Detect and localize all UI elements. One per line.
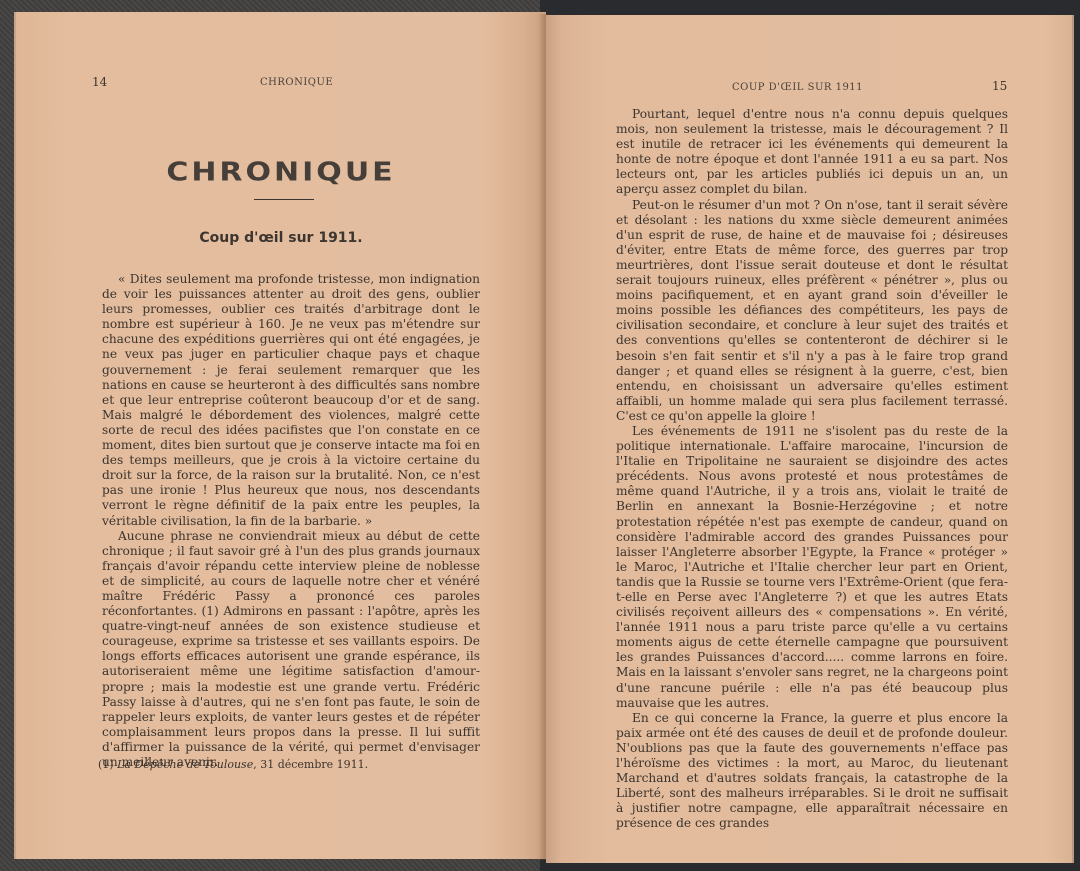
footnote-date: , 31 décembre 1911. (253, 758, 368, 771)
running-head-right: COUP D'ŒIL SUR 1911 (732, 82, 863, 93)
paragraph: Les événements de 1911 ne s'isolent pas … (616, 424, 1008, 711)
page-number-right: 15 (992, 79, 1007, 93)
title-divider (254, 199, 314, 200)
paragraph: Peut-on le résumer d'un mot ? On n'ose, … (616, 198, 1008, 424)
left-body-text: « Dites seulement ma profonde tristesse,… (102, 272, 480, 770)
page-number-left: 14 (92, 75, 107, 89)
running-head-left: CHRONIQUE (260, 77, 333, 88)
section-title: CHRONIQUE (16, 158, 546, 188)
footnote-source: La Dépêche de Toulouse (117, 758, 253, 771)
footnote-marker: (1) (98, 758, 114, 771)
right-body-text: Pourtant, lequel d'entre nous n'a connu … (616, 107, 1008, 832)
right-page: COUP D'ŒIL SUR 1911 15 Pourtant, lequel … (546, 15, 1074, 863)
paragraph: Aucune phrase ne conviendrait mieux au d… (102, 529, 480, 771)
paragraph: « Dites seulement ma profonde tristesse,… (102, 272, 480, 529)
left-page: 14 CHRONIQUE CHRONIQUE Coup d'œil sur 19… (14, 12, 546, 859)
article-title: Coup d'œil sur 1911. (16, 230, 546, 246)
footnote: (1) La Dépêche de Toulouse, 31 décembre … (98, 758, 368, 771)
paragraph: Pourtant, lequel d'entre nous n'a connu … (616, 107, 1008, 198)
paragraph: En ce qui concerne la France, la guerre … (616, 711, 1008, 832)
